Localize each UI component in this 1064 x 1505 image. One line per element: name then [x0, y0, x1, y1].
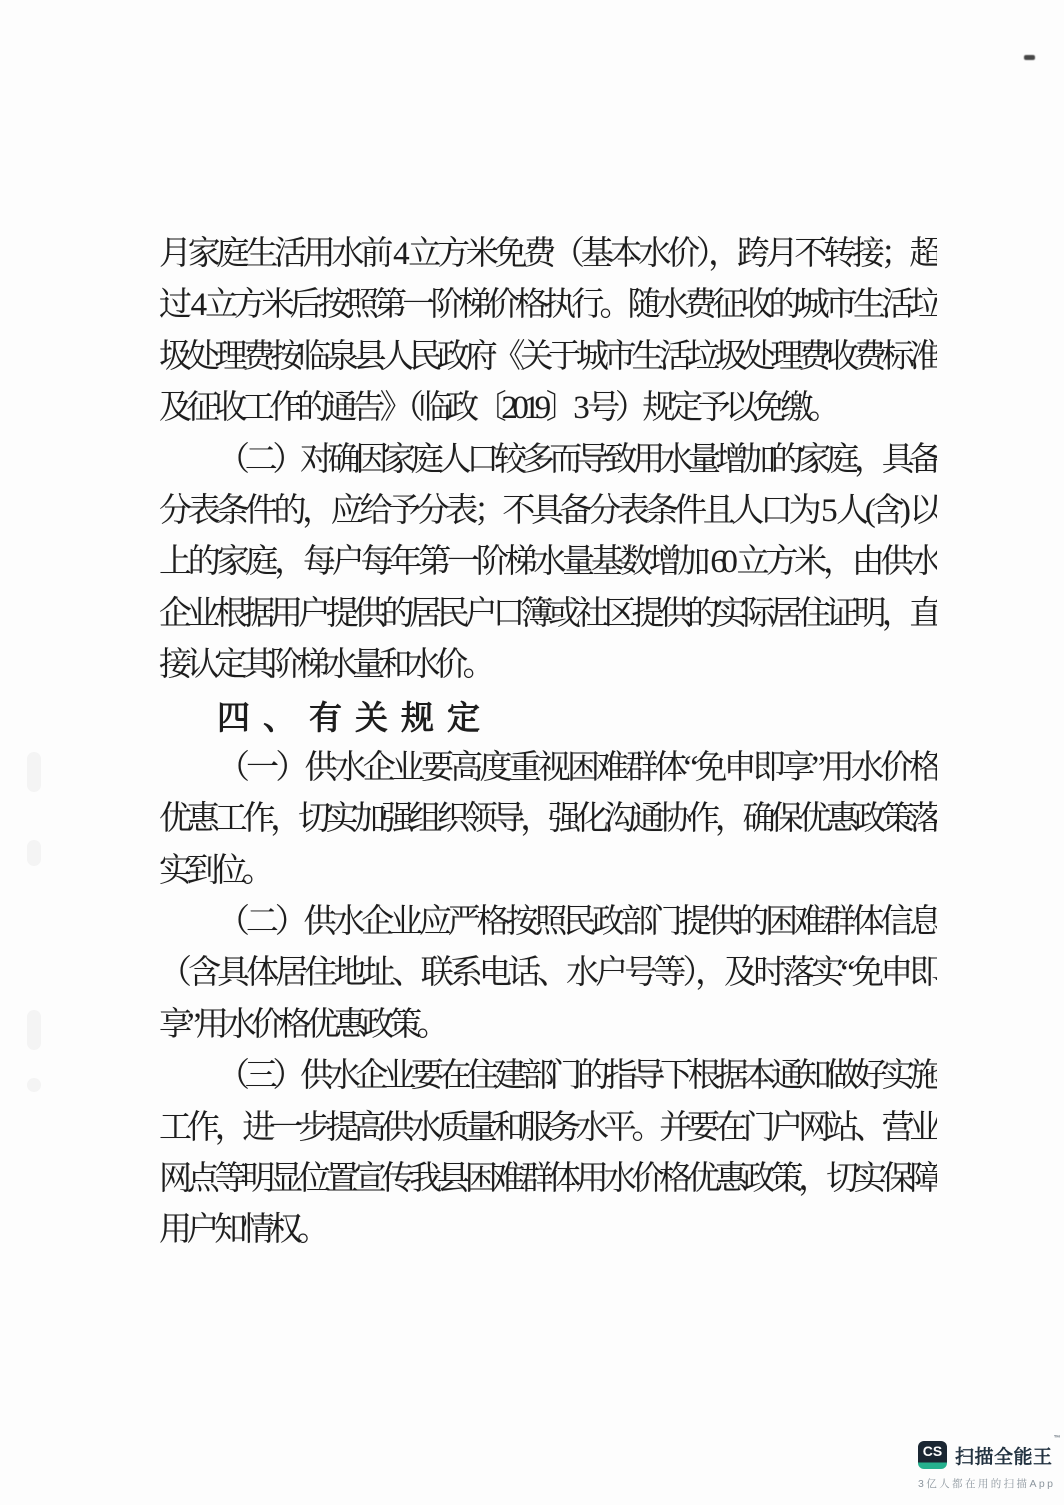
document-text-line: 享”用水价格优惠政策。 — [159, 1000, 937, 1051]
scan-smudge-mark — [1024, 55, 1035, 60]
camscanner-watermark: CS 扫描全能王™ 3亿人都在用的扫描App — [918, 1441, 1060, 1491]
trademark-symbol: ™ — [1054, 1435, 1062, 1442]
document-text-block: 月家庭生活用水前 4 立方米免费（基本水价），跨月不转接；超过 4 立方米后按照… — [159, 229, 937, 1257]
document-text-line: 上的家庭，每户每年第一阶梯水量基数增加 60 立方米，由供水 — [159, 537, 937, 588]
document-text-line: 优惠工作，切实加强组织领导，强化沟通协作，确保优惠政策落 — [159, 794, 937, 845]
document-text-line: 网点等明显位置宣传我县困难群体用水价格优惠政策，切实保障 — [159, 1154, 937, 1205]
camscanner-logo-row: CS 扫描全能王™ — [918, 1441, 1060, 1469]
document-text-line: 用户知情权。 — [159, 1205, 937, 1256]
scan-smudge-faint — [27, 1078, 41, 1092]
camscanner-logo-icon: CS — [918, 1441, 947, 1469]
document-text-line: （一）供水企业要高度重视困难群体“免申即享”用水价格 — [159, 743, 937, 794]
document-text-line: （三）供水企业要在住建部门的指导下根据本通知做好实施 — [159, 1051, 937, 1102]
document-text-line: （二）供水企业应严格按照民政部门提供的困难群体信息 — [159, 897, 937, 948]
document-text-line: 月家庭生活用水前 4 立方米免费（基本水价），跨月不转接；超 — [159, 229, 937, 280]
camscanner-brand-name: 扫描全能王™ — [955, 1442, 1060, 1469]
camscanner-tagline: 3亿人都在用的扫描App — [918, 1476, 1060, 1491]
scan-smudge-faint — [27, 752, 41, 792]
scanned-document-page: 月家庭生活用水前 4 立方米免费（基本水价），跨月不转接；超过 4 立方米后按照… — [0, 0, 1064, 1505]
document-text-line: （二）对确因家庭人口较多而导致用水量增加的家庭，具备 — [159, 435, 937, 486]
camscanner-badge-label: CS — [923, 1441, 942, 1462]
document-text-line: 圾处理费按临泉县人民政府《关于城市生活垃圾处理费收费标准 — [159, 332, 937, 383]
document-text-line: 接认定其阶梯水量和水价。 — [159, 640, 937, 691]
scan-smudge-faint — [27, 840, 41, 866]
document-text-line: 企业根据用户提供的居民户口簿或社区提供的实际居住证明，直 — [159, 589, 937, 640]
section-heading: 四、有关规定 — [159, 692, 937, 743]
document-text-line: 工作，进一步提高供水质量和服务水平。并要在门户网站、营业 — [159, 1103, 937, 1154]
scan-smudge-faint — [27, 1010, 41, 1050]
document-text-line: 过 4 立方米后按照第一阶梯价格执行。随水费征收的城市生活垃 — [159, 280, 937, 331]
document-text-line: 分表条件的，应给予分表；不具备分表条件且人口为 5 人(含) 以 — [159, 486, 937, 537]
document-text-line: （含具体居住地址、联系电话、水户号等），及时落实“免申即 — [159, 948, 937, 999]
document-text-line: 及征收工作的通告》（临政〔2019〕3 号）规定予以免缴。 — [159, 383, 937, 434]
camscanner-brand-text: 扫描全能王 — [955, 1447, 1053, 1468]
document-text-line: 实到位。 — [159, 846, 937, 897]
